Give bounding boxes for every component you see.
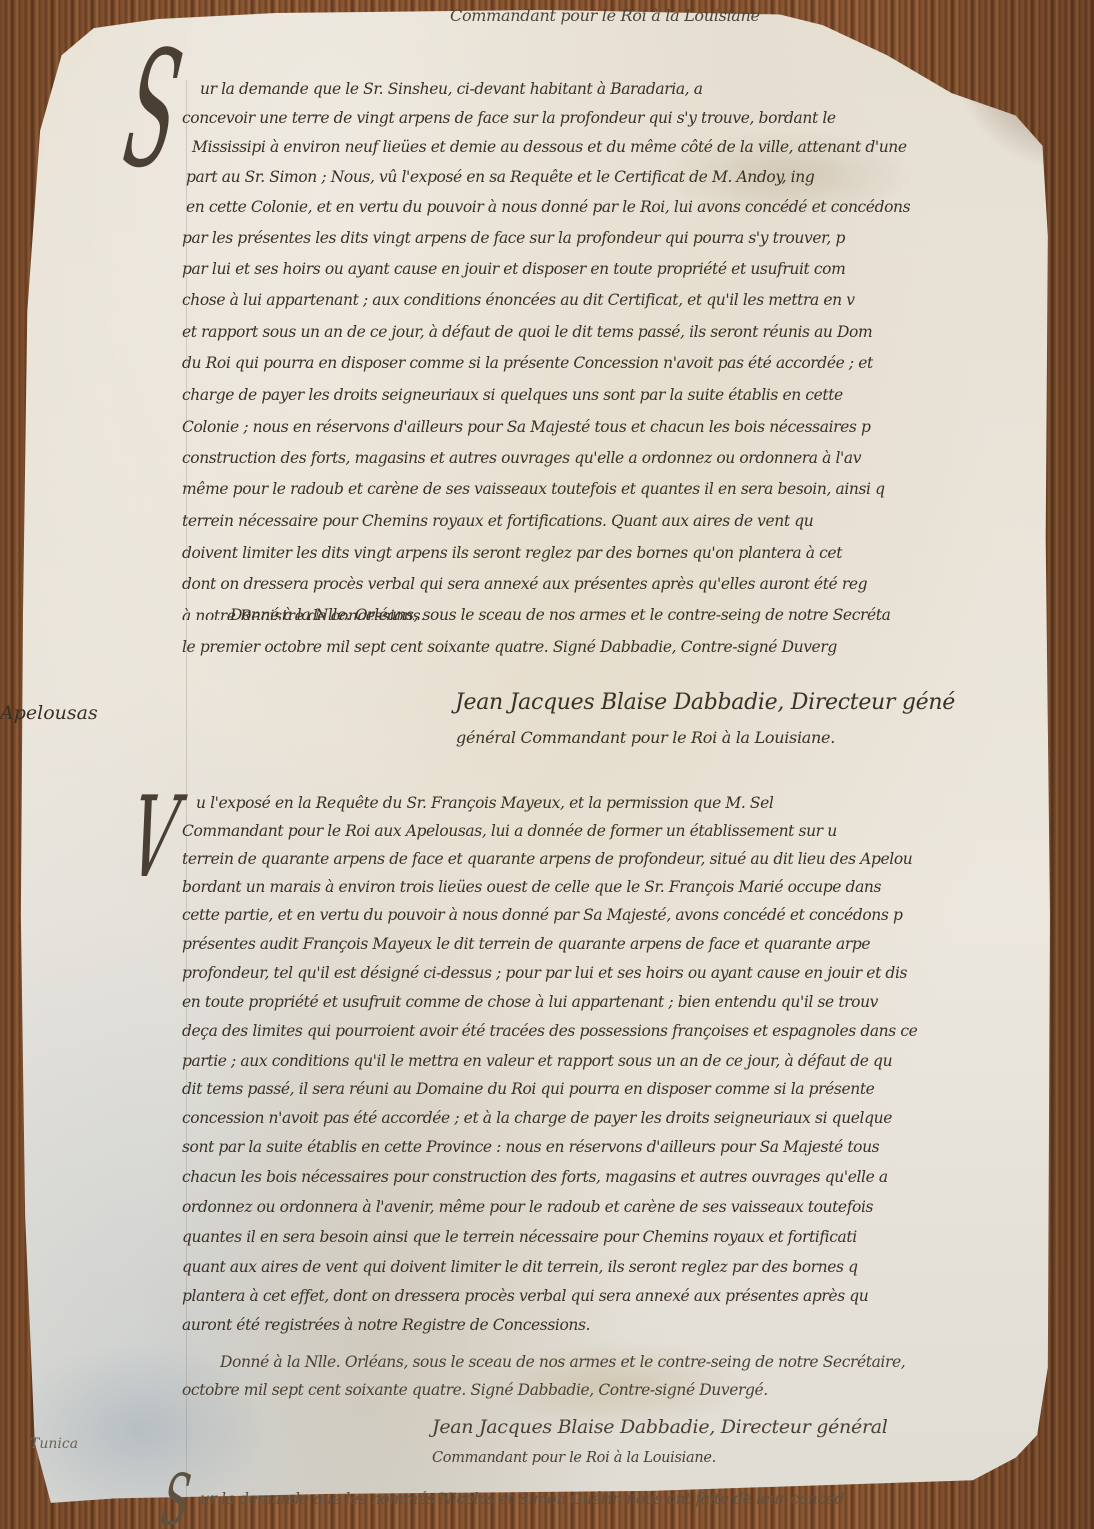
text-line: Commandant pour le Roi aux Apelousas, lu… [182, 822, 837, 840]
concession-paragraph-2: u l'exposé en la Requête du Sr. François… [182, 794, 1042, 1354]
text-line: chacun les bois nécessaires pour constru… [182, 1168, 888, 1186]
text-line: plantera à cet effet, dont on dressera p… [182, 1287, 868, 1305]
text-line: terrein de quarante arpens de face et qu… [182, 850, 912, 868]
text-line: chose à lui appartenant ; aux conditions… [182, 291, 855, 309]
concession-paragraph-3: ur la demande que les nommés Nicolas et … [200, 1490, 1040, 1512]
signature-title-1: général Commandant pour le Roi à la Loui… [456, 728, 835, 747]
text-line: même pour le radoub et carène de ses vai… [182, 480, 885, 498]
text-line: profondeur, tel qu'il est désigné ci-des… [182, 964, 907, 982]
text-line: ur la demande que le Sr. Sinsheu, ci-dev… [200, 80, 703, 98]
text-line: quant aux aires de vent qui doivent limi… [182, 1258, 858, 1276]
text-line: quantes il en sera besoin ainsi que le t… [182, 1228, 857, 1246]
text-line: concevoir une terre de vingt arpens de f… [182, 109, 836, 127]
text-line: en toute propriété et usufruit comme de … [182, 993, 878, 1011]
signature-dabbadie-2: Jean Jacques Blaise Dabbadie, Directeur … [432, 1416, 888, 1438]
text-line: présentes audit François Mayeux le dit t… [182, 935, 870, 953]
signature-title-2: Commandant pour le Roi à la Louisiane. [432, 1450, 716, 1466]
text-line: par les présentes les dits vingt arpens … [182, 229, 845, 247]
text-line: partie ; aux conditions qu'il le mettra … [182, 1052, 892, 1070]
signature-dabbadie-1: Jean Jacques Blaise Dabbadie, Directeur … [455, 690, 955, 715]
concession-paragraph-1: ur la demande que le Sr. Sinsheu, ci-dev… [182, 80, 1042, 620]
text-line: auront été registrées à notre Registre d… [182, 1316, 590, 1334]
text-line: et rapport sous un an de ce jour, à défa… [182, 323, 872, 341]
text-line: Colonie ; nous en réservons d'ailleurs p… [182, 418, 871, 436]
text-line: octobre mil sept cent soixante quatre. S… [182, 1381, 768, 1399]
page-header-text: Commandant pour le Roi à la Louisiane [450, 6, 760, 25]
dating-clause-1: Donné à la Nlle. Orléans, sous le sceau … [182, 606, 1042, 666]
text-line: ur la demande que les nommés Nicolas et … [200, 1490, 844, 1508]
text-line: cette partie, et en vertu du pouvoir à n… [182, 906, 902, 924]
text-line: construction des forts, magasins et autr… [182, 449, 861, 467]
text-line: deça des limites qui pourroient avoir ét… [182, 1022, 917, 1040]
text-line: Donné à la Nlle. Orléans, sous le sceau … [230, 606, 890, 624]
text-line: Donné à la Nlle. Orléans, sous le sceau … [220, 1353, 905, 1371]
text-line: dont on dressera procès verbal qui sera … [182, 575, 867, 593]
text-line: ordonnez ou ordonnera à l'avenir, même p… [182, 1198, 873, 1216]
text-line: terrein nécessaire pour Chemins royaux e… [182, 512, 813, 530]
text-line: sont par la suite établis en cette Provi… [182, 1138, 879, 1156]
text-line: Mississipi à environ neuf lieües et demi… [192, 138, 907, 156]
text-line: du Roi qui pourra en disposer comme si l… [182, 354, 873, 372]
text-line: u l'exposé en la Requête du Sr. François… [196, 794, 773, 812]
dating-clause-2: Donné à la Nlle. Orléans, sous le sceau … [182, 1353, 1042, 1413]
text-line: dit tems passé, il sera réuni au Domaine… [182, 1080, 874, 1098]
text-line: part au Sr. Simon ; Nous, vû l'exposé en… [186, 168, 814, 186]
margin-note-tunica: Tunica [30, 1436, 78, 1452]
text-line: bordant un marais à environ trois lieües… [182, 878, 881, 896]
text-line: par lui et ses hoirs ou ayant cause en j… [182, 260, 845, 278]
text-line: doivent limiter les dits vingt arpens il… [182, 544, 842, 562]
text-line: le premier octobre mil sept cent soixant… [182, 638, 837, 656]
text-line: concession n'avoit pas été accordée ; et… [182, 1109, 892, 1127]
text-line: charge de payer les droits seigneuriaux … [182, 386, 843, 404]
margin-note-apelousas: Apelousas [0, 702, 98, 724]
text-line: en cette Colonie, et en vertu du pouvoir… [186, 198, 910, 216]
